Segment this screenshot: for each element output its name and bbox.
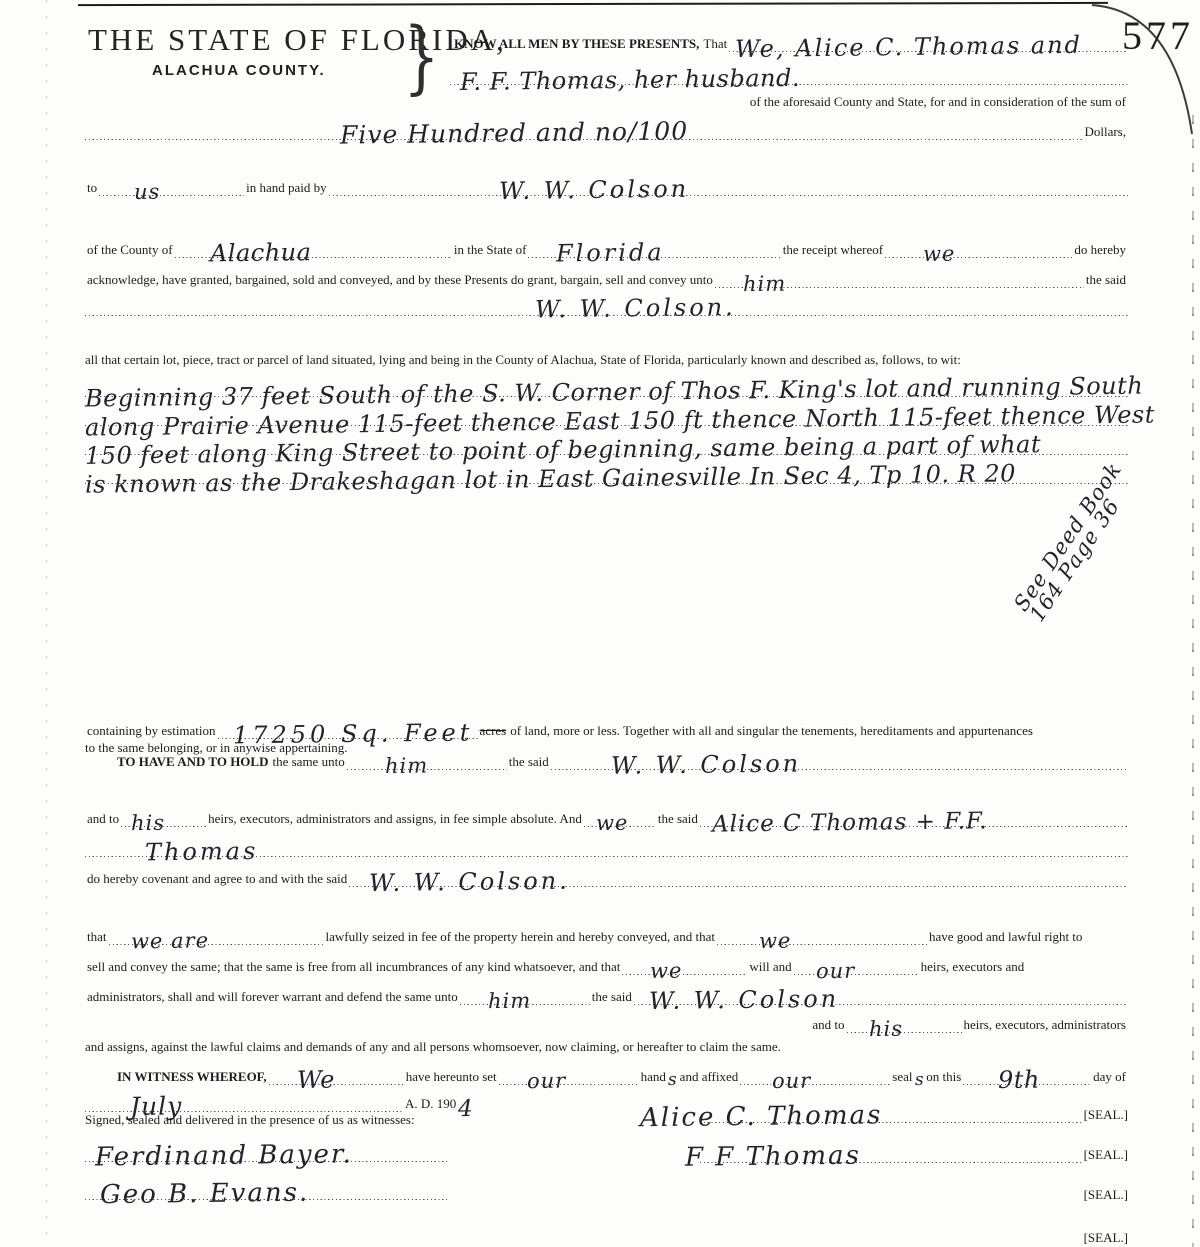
scan-edge-top	[78, 2, 1108, 6]
covenant-grantee-blank: W. W. Colson.	[349, 873, 1128, 887]
witness-row-2: Geo B. Evans.	[85, 1164, 450, 1200]
covenant-printed: do hereby covenant and agree to and with…	[85, 872, 349, 887]
handwritten-his-2: his	[846, 1021, 902, 1038]
header-state-title: THE STATE OF FLORIDA,	[88, 22, 507, 58]
grantee-blank: W. W. Colson.	[85, 302, 1128, 316]
handwritten-us: us	[99, 184, 161, 202]
county-blank: Alachua	[175, 244, 452, 258]
signature-blank-1: Alice C. Thomas	[700, 1107, 1082, 1123]
blank-line	[85, 636, 1128, 666]
handwritten-witness-2: Geo B. Evans.	[85, 1183, 309, 1207]
description-line-4: is known as the Drakeshagan lot in East …	[85, 448, 1128, 484]
heirs-line-2: and to his heirs, executors, administrat…	[85, 1003, 1128, 1033]
heirs-printed-2: heirs, executors, administrators	[962, 1018, 1128, 1033]
blank-line	[85, 666, 1128, 696]
grantors-blank-1: We, Alice C. Thomas and	[729, 38, 1128, 52]
fee-simple-line: and to his heirs, executors, administrat…	[85, 797, 1128, 827]
ad-printed: A. D. 190	[403, 1097, 458, 1112]
blank-line	[85, 318, 1128, 348]
seized-line: that we are lawfully seized in fee of th…	[85, 915, 1128, 945]
we-blank-3: we	[622, 963, 747, 975]
in-hand-printed: in hand paid by	[244, 181, 329, 196]
heirs-exec-printed: heirs, executors and	[919, 960, 1027, 975]
grantors-continued-line: Thomas	[85, 827, 1128, 857]
sell-printed: sell and convey the same; that the same …	[85, 960, 622, 975]
signature-blank-2: F F Thomas	[700, 1147, 1082, 1163]
presents-printed-bold: KNOW ALL MEN BY THESE PRESENTS,	[452, 37, 701, 52]
witness-blank-1: Ferdinand Bayer.	[85, 1146, 450, 1162]
scan-edge-left	[46, 0, 47, 1247]
habendum-line: TO HAVE AND TO HOLD the same unto him th…	[115, 740, 1128, 770]
blank-line	[85, 575, 1128, 605]
blank-line	[85, 606, 1128, 636]
do-hereby-printed: do hereby	[1072, 243, 1128, 258]
blank-line	[85, 485, 1128, 515]
area-blank: 17250 Sq. Feet	[218, 725, 478, 739]
paid-by-line: to us in hand paid by W. W. Colson	[85, 166, 1128, 196]
county-state-line: of the County of Alachua in the State of…	[85, 228, 1128, 258]
acknowledge-line: acknowledge, have granted, bargained, so…	[85, 258, 1128, 288]
page-number: 577	[1122, 12, 1194, 59]
witness-blank-2: Geo B. Evans.	[85, 1184, 450, 1200]
blank-line	[85, 768, 1128, 798]
blank-line	[85, 515, 1128, 545]
blank-line	[85, 887, 1128, 917]
seal-row-1: Alice C. Thomas [SEAL.]	[700, 1089, 1130, 1123]
we-blank-2: we	[717, 933, 927, 945]
scan-edge-right	[1192, 115, 1194, 1247]
acres-printed-struck: acres	[478, 724, 509, 739]
in-state-printed: in the State of	[452, 243, 529, 258]
seal-row-4: [SEAL.]	[700, 1212, 1130, 1246]
blank-line	[85, 136, 1128, 166]
the-said-printed-3: the said	[656, 812, 700, 827]
containing-line: containing by estimation 17250 Sq. Feet …	[85, 707, 1128, 739]
aforesaid-line: of the aforesaid County and State, for a…	[85, 80, 1128, 110]
header-county-title: ALACHUA COUNTY.	[152, 62, 326, 79]
state-blank: Florida	[528, 244, 780, 258]
right-to-printed: have good and lawful right to	[927, 930, 1084, 945]
receipt-printed: the receipt whereof	[781, 243, 885, 258]
of-county-printed: of the County of	[85, 243, 175, 258]
handwritten-signature-2: F F Thomas	[640, 1146, 861, 1169]
seal-row-3: [SEAL.]	[700, 1169, 1130, 1203]
grantors-blank-3: Alice C Thomas + F.F.	[700, 814, 1128, 827]
will-and-printed: will and	[747, 960, 793, 975]
seal-row-2: F F Thomas [SEAL.]	[700, 1129, 1130, 1163]
and-to-printed: and to	[85, 812, 121, 827]
our-blank-1: our	[794, 963, 919, 975]
his-blank-2: his	[847, 1021, 962, 1033]
heirs-printed: heirs, executors, administrators and ass…	[206, 812, 584, 827]
payer-blank: W. W. Colson	[329, 182, 1128, 196]
blank-line	[85, 545, 1128, 575]
we-are-blank: we are	[109, 933, 324, 945]
and-to-printed-2: and to	[810, 1018, 846, 1033]
deed-document-page: 577 THE STATE OF FLORIDA, ALACHUA COUNTY…	[0, 0, 1200, 1247]
of-land-printed: of land, more or less. Together with all…	[508, 724, 1035, 739]
seal-label-3: [SEAL.]	[1082, 1188, 1130, 1203]
receipt-blank: we	[885, 246, 1072, 258]
covenant-line: do hereby covenant and agree to and with…	[85, 857, 1128, 887]
containing-printed: containing by estimation	[85, 724, 218, 739]
we-blank-1: we	[584, 815, 656, 827]
grantors-blank-4: Thomas	[85, 843, 1128, 857]
his-blank: his	[121, 815, 206, 827]
seized-printed: lawfully seized in fee of the property h…	[324, 930, 717, 945]
seal-label-1: [SEAL.]	[1082, 1108, 1130, 1123]
description-rule-4: is known as the Drakeshagan lot in East …	[85, 470, 1128, 484]
to-printed: to	[85, 181, 99, 196]
handwritten-payer: W. W. Colson	[329, 180, 689, 204]
presents-printed-that: That	[701, 37, 729, 52]
month-blank: July	[85, 1097, 403, 1112]
incumbrances-line: sell and convey the same; that the same …	[85, 945, 1128, 975]
witness-row-1: Ferdinand Bayer.	[85, 1126, 450, 1162]
seal-label-2: [SEAL.]	[1082, 1148, 1130, 1163]
warrant-line: administrators, shall and will forever w…	[85, 975, 1128, 1005]
to-blank: us	[99, 184, 244, 196]
handwritten-signature-1: Alice C. Thomas	[610, 1106, 883, 1130]
seal-label-4: [SEAL.]	[1082, 1231, 1130, 1246]
opening-line: KNOW ALL MEN BY THESE PRESENTS, That We,…	[452, 22, 1128, 52]
that-printed: that	[85, 930, 109, 945]
grantee-name-line: W. W. Colson.	[85, 286, 1128, 316]
